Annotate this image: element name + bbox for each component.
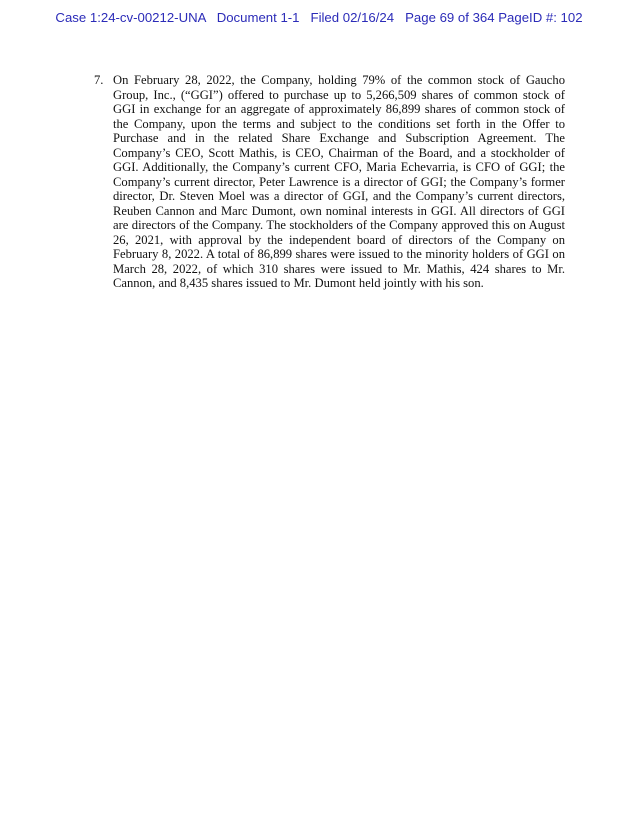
paragraph-number: 7. <box>94 73 113 88</box>
case-header: Case 1:24-cv-00212-UNA Document 1-1 File… <box>0 10 638 25</box>
page-number: Page 69 of 364 <box>405 10 494 25</box>
filed-date: Filed 02/16/24 <box>311 10 395 25</box>
page-id: PageID #: 102 <box>498 10 582 25</box>
document-number: Document 1-1 <box>217 10 300 25</box>
case-number: Case 1:24-cv-00212-UNA <box>55 10 205 25</box>
paragraph-text: On February 28, 2022, the Company, holdi… <box>113 73 565 291</box>
numbered-paragraph: 7. On February 28, 2022, the Company, ho… <box>94 73 565 291</box>
